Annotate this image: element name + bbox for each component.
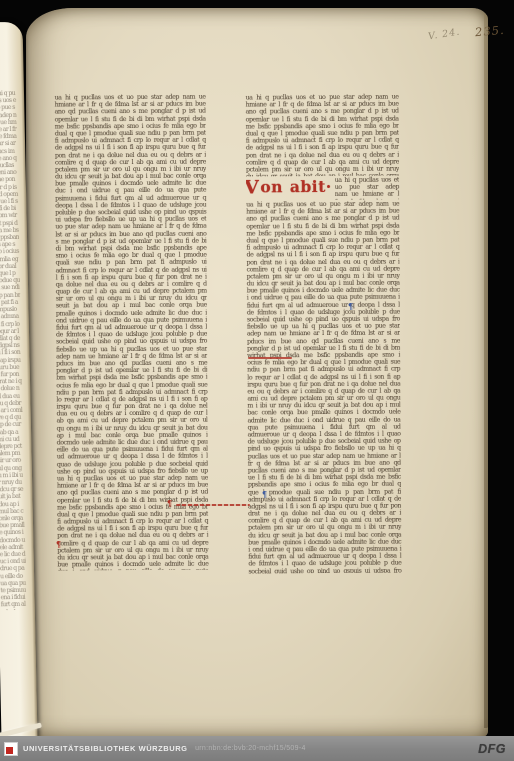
library-logo (5, 743, 17, 755)
facing-page-ghost-text: ua hi q pucllas uos et uo pue star adep … (0, 90, 27, 610)
red-paraph-mark-left: ¶ (167, 498, 172, 508)
text-column-right: ua hi q pucllas uos et uo pue star adep … (246, 94, 402, 581)
corner-inscription: V. 24. (427, 27, 461, 43)
blue-paraph-mark-2: ¶ (262, 489, 267, 499)
rubric-text: on abit· (260, 177, 331, 196)
right-column-paragraph-2: ua hi q pucllas uos et uo pue star adep … (246, 201, 401, 574)
right-column-paragraph-1: ua hi q pucllas uos et uo pue star adep … (246, 94, 399, 177)
rubric-heading: V on abit· ua hi q pucllas uos et uo pue… (246, 177, 400, 201)
urn-identifier: urn:nbn:de:bvb:20-mchf15/509-4 (195, 745, 306, 752)
red-squiggle-line (176, 504, 250, 506)
text-column-left: ua hi q pucllas uos et uo pue star adep … (55, 94, 209, 571)
library-name: UNIVERSITÄTSBIBLIOTHEK WÜRZBURG (23, 744, 188, 753)
manuscript-page: V. 24. 235. ua hi q pucllas uos et uo pu… (26, 8, 488, 737)
footer-bar: UNIVERSITÄTSBIBLIOTHEK WÜRZBURG urn:nbn:… (0, 736, 514, 761)
rubric-side-lines: ua hi q pucllas uos et uo pue star adep … (335, 177, 399, 200)
rubric-initial: V (246, 177, 260, 197)
scan-viewport: V. 24. 235. ua hi q pucllas uos et uo pu… (0, 0, 514, 761)
red-underline (248, 357, 292, 359)
folio-number: 235. (474, 23, 505, 40)
blue-paraph-mark-1: ¶ (348, 301, 353, 311)
red-paraph-mark-left-2: ¶ (56, 539, 61, 549)
dfg-logo: DFG (478, 742, 506, 756)
